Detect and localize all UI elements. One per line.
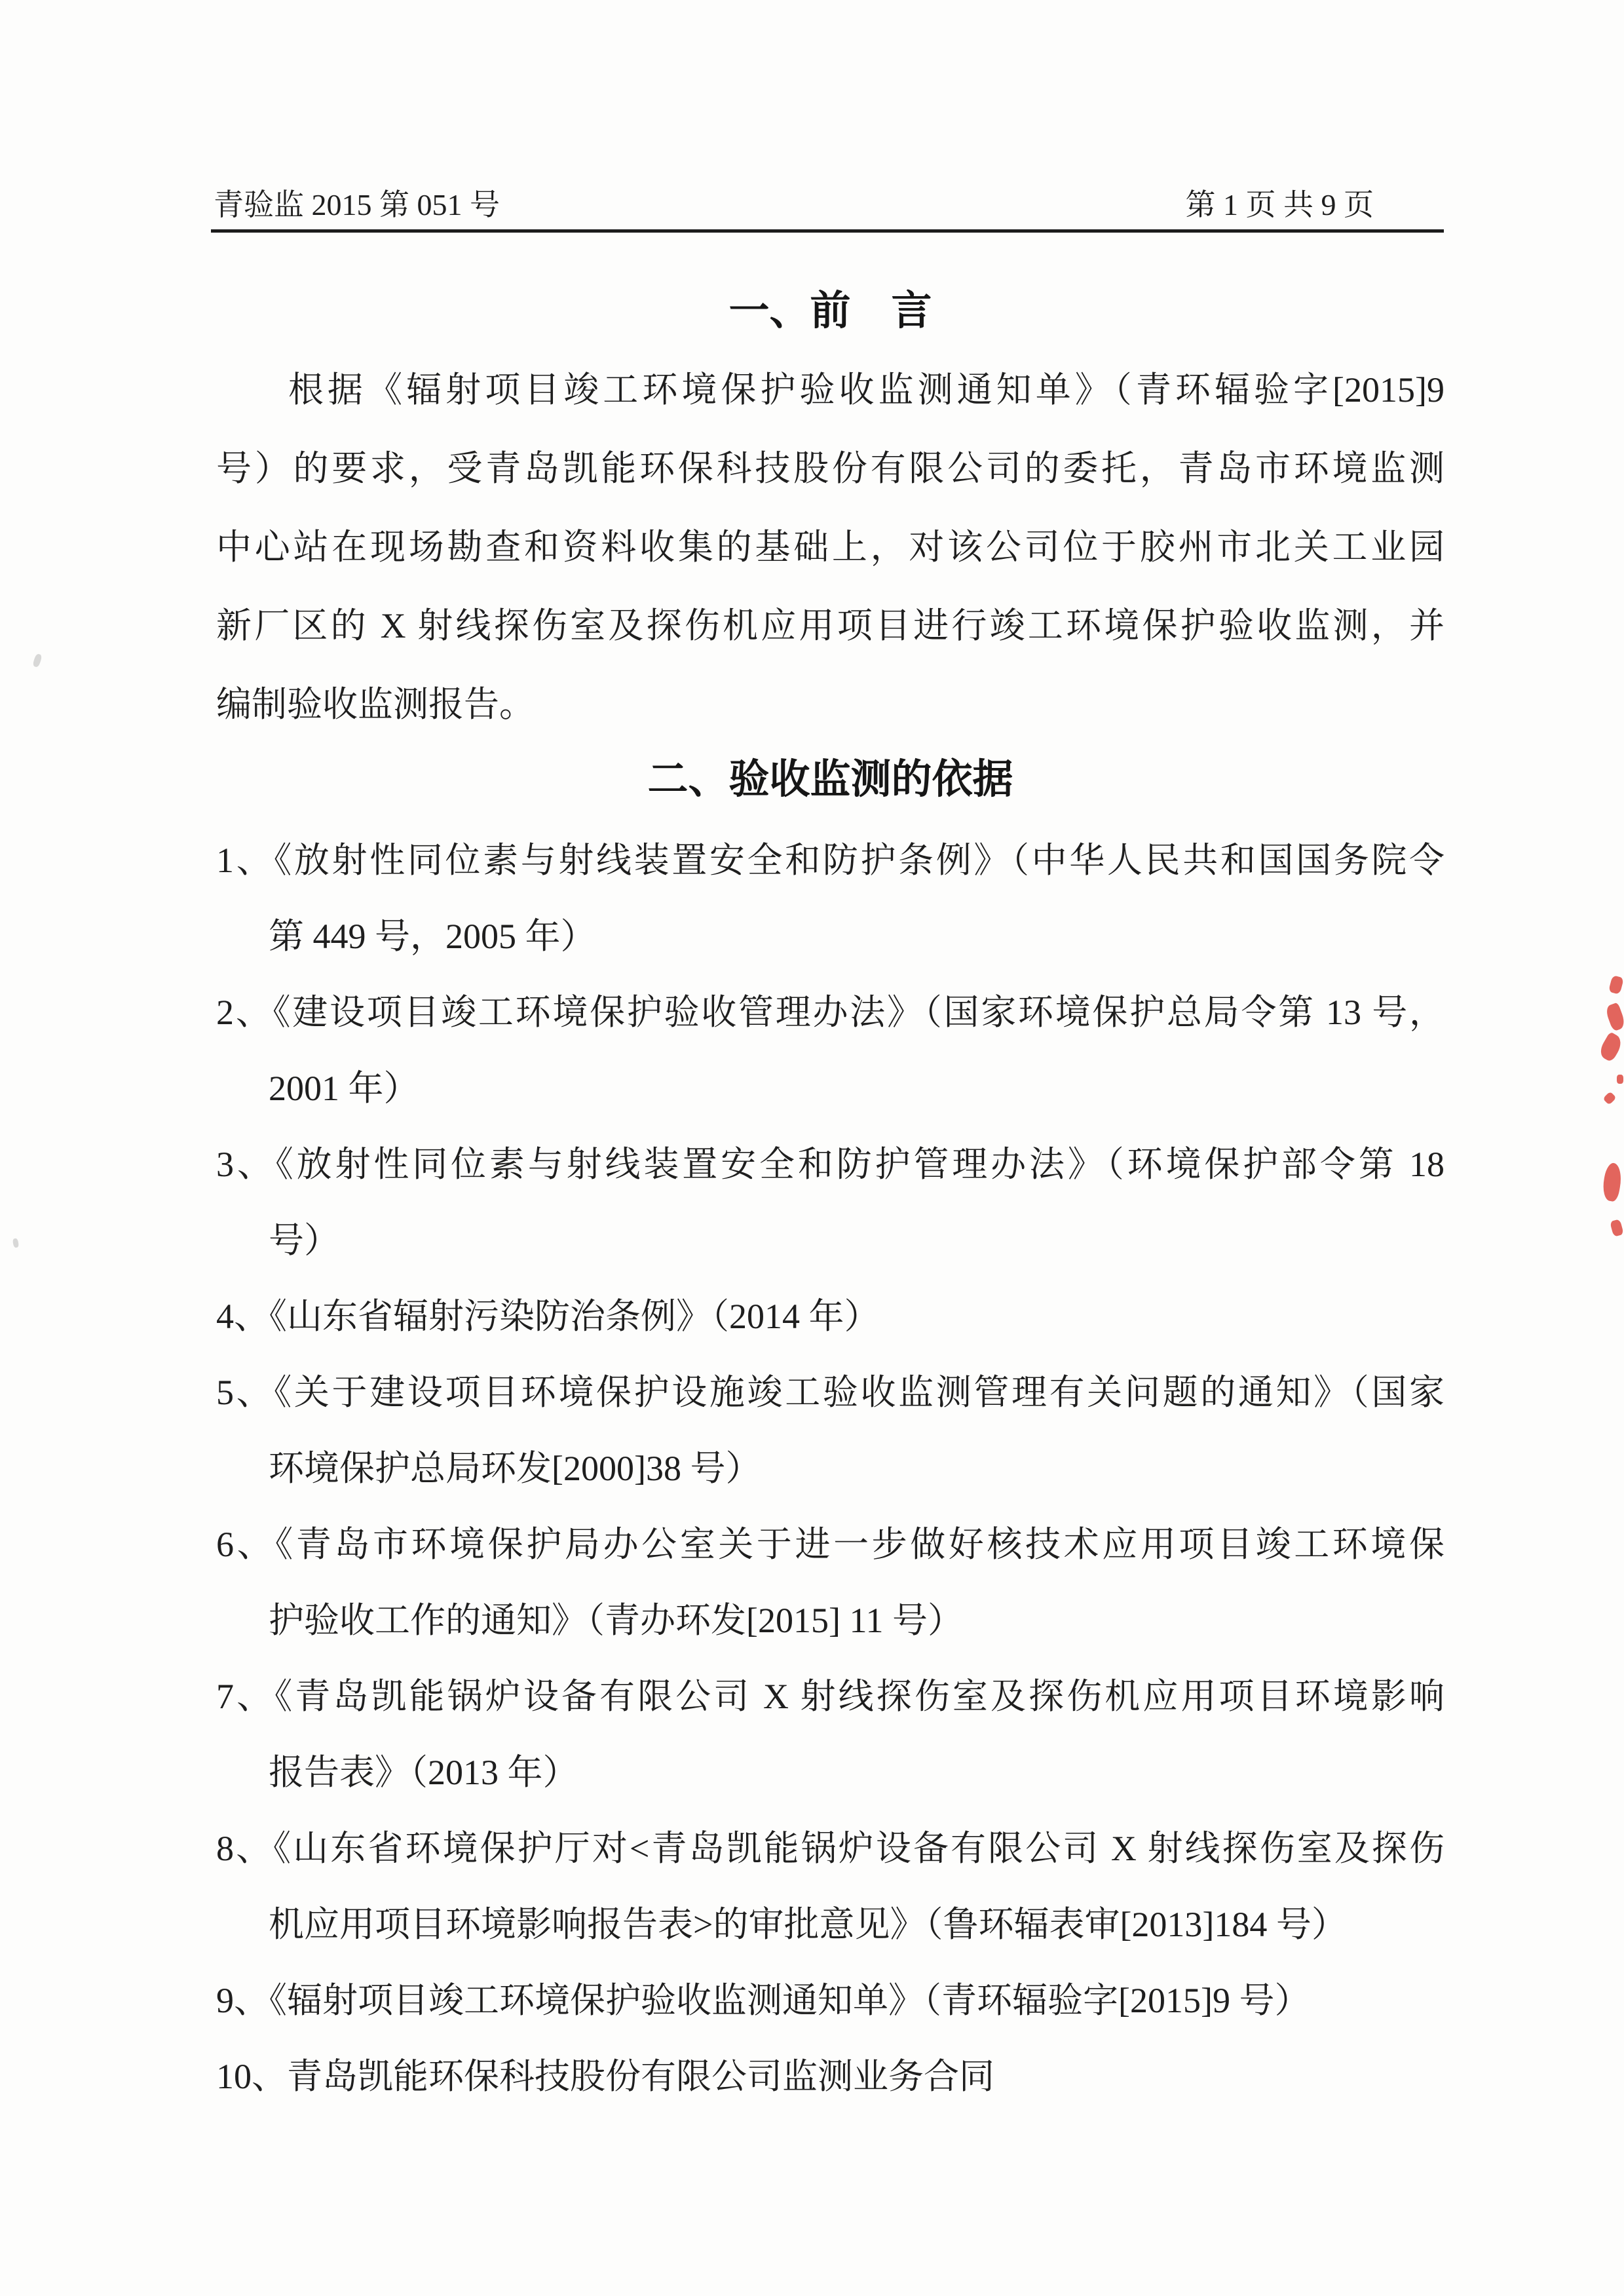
list-item: 5、《关于建设项目环境保护设施竣工验收监测管理有关问题的通知》（国家 <box>216 1354 1445 1430</box>
foreword-paragraph: 根据《辐射项目竣工环境保护验收监测通知单》（青环辐验字[2015]9 号）的要求… <box>216 351 1445 744</box>
list-item-text: 《山东省辐射污染防治条例》（2014 年） <box>269 1297 880 1336</box>
list-item-text: 《青岛市环境保护局办公室关于进一步做好核技术应用项目竣工环境保 <box>275 1525 1445 1564</box>
list-item: 8、《山东省环境保护厅对<青岛凯能锅炉设备有限公司 X 射线探伤室及探伤 <box>216 1810 1445 1886</box>
red-annotation-mark <box>1608 975 1624 995</box>
list-item-number: 2、 <box>216 993 273 1032</box>
list-item: 4、《山东省辐射污染防治条例》（2014 年） <box>216 1278 1445 1354</box>
list-item-continuation: 护验收工作的通知》（青办环发[2015] 11 号） <box>216 1582 1445 1658</box>
red-annotation-mark <box>1604 1002 1624 1031</box>
list-item: 10、青岛凯能环保科技股份有限公司监测业务合同 <box>216 2038 1445 2114</box>
list-item-text: 《关于建设项目环境保护设施竣工验收监测管理有关问题的通知》（国家 <box>274 1373 1445 1412</box>
paragraph-line: 新厂区的 X 射线探伤室及探伤机应用项目进行竣工环境保护验收监测，并 <box>216 586 1445 665</box>
header-rule <box>211 229 1444 233</box>
list-item-continuation: 机应用项目环境影响报告表>的审批意见》（鲁环辐表审[2013]184 号） <box>216 1886 1445 1962</box>
list-item: 6、《青岛市环境保护局办公室关于进一步做好核技术应用项目竣工环境保 <box>216 1506 1445 1582</box>
list-item-text: 《建设项目竣工环境保护验收管理办法》（国家环境保护总局令第 13 号， <box>273 993 1445 1032</box>
list-item-text: 青岛凯能环保科技股份有限公司监测业务合同 <box>287 2057 994 2096</box>
list-item-text: 《放射性同位素与射线装置安全和防护管理办法》（环境保护部令第 18 <box>276 1145 1445 1184</box>
red-annotation-mark <box>1617 1075 1623 1084</box>
section1-title: 一、前 言 <box>216 271 1445 352</box>
red-annotation-mark <box>1597 1031 1624 1063</box>
paragraph-line: 中心站在现场勘查和资料收集的基础上，对该公司位于胶州市北关工业园 <box>216 508 1445 586</box>
list-item-text: 《辐射项目竣工环境保护验收监测通知单》（青环辐验字[2015]9 号） <box>269 1981 1310 2020</box>
list-item-number: 10、 <box>216 2057 287 2096</box>
page-header: 青验监 2015 第 051 号 第 1 页 共 9 页 <box>214 189 1374 221</box>
list-item-continuation: 环境保护总局环发[2000]38 号） <box>216 1430 1445 1506</box>
list-item: 1、《放射性同位素与射线装置安全和防护条例》（中华人民共和国国务院令 <box>216 822 1445 898</box>
list-item-number: 5、 <box>216 1373 274 1412</box>
section2-title: 二、验收监测的依据 <box>216 739 1445 820</box>
list-item-number: 8、 <box>216 1829 273 1868</box>
list-item: 3、《放射性同位素与射线装置安全和防护管理办法》（环境保护部令第 18 <box>216 1126 1445 1202</box>
list-item-continuation: 报告表》（2013 年） <box>216 1734 1445 1810</box>
list-item-number: 1、 <box>216 841 274 880</box>
list-item: 2、《建设项目竣工环境保护验收管理办法》（国家环境保护总局令第 13 号， <box>216 974 1445 1050</box>
scan-speck <box>32 653 43 668</box>
list-item-continuation: 第 449 号，2005 年） <box>216 898 1445 974</box>
list-item-number: 6、 <box>216 1525 275 1564</box>
list-item-number: 3、 <box>216 1145 276 1184</box>
red-annotation-mark <box>1610 1219 1624 1236</box>
red-annotation-mark <box>1602 1091 1616 1105</box>
document-number: 青验监 2015 第 051 号 <box>214 189 500 221</box>
list-item-number: 7、 <box>216 1677 274 1716</box>
page-number: 第 1 页 共 9 页 <box>1186 189 1374 221</box>
list-item-continuation: 2001 年） <box>216 1050 1445 1126</box>
list-item-number: 4、 <box>216 1297 269 1336</box>
reference-list: 1、《放射性同位素与射线装置安全和防护条例》（中华人民共和国国务院令 第 449… <box>216 822 1445 2114</box>
paragraph-line: 编制验收监测报告。 <box>216 665 1445 744</box>
list-item-text: 《放射性同位素与射线装置安全和防护条例》（中华人民共和国国务院令 <box>274 841 1445 880</box>
list-item-text: 《山东省环境保护厅对<青岛凯能锅炉设备有限公司 X 射线探伤室及探伤 <box>273 1829 1445 1868</box>
list-item-number: 9、 <box>216 1981 269 2020</box>
list-item-continuation: 号） <box>216 1202 1445 1278</box>
red-annotation-mark <box>1600 1162 1624 1202</box>
paragraph-line: 号）的要求，受青岛凯能环保科技股份有限公司的委托，青岛市环境监测 <box>216 429 1445 508</box>
scan-speck <box>12 1238 19 1248</box>
document-page: 青验监 2015 第 051 号 第 1 页 共 9 页 一、前 言 根据《辐射… <box>0 0 1624 2296</box>
paragraph-line: 根据《辐射项目竣工环境保护验收监测通知单》（青环辐验字[2015]9 <box>216 351 1445 429</box>
list-item-text: 《青岛凯能锅炉设备有限公司 X 射线探伤室及探伤机应用项目环境影响 <box>274 1677 1445 1716</box>
list-item: 7、《青岛凯能锅炉设备有限公司 X 射线探伤室及探伤机应用项目环境影响 <box>216 1658 1445 1734</box>
list-item: 9、《辐射项目竣工环境保护验收监测通知单》（青环辐验字[2015]9 号） <box>216 1962 1445 2038</box>
